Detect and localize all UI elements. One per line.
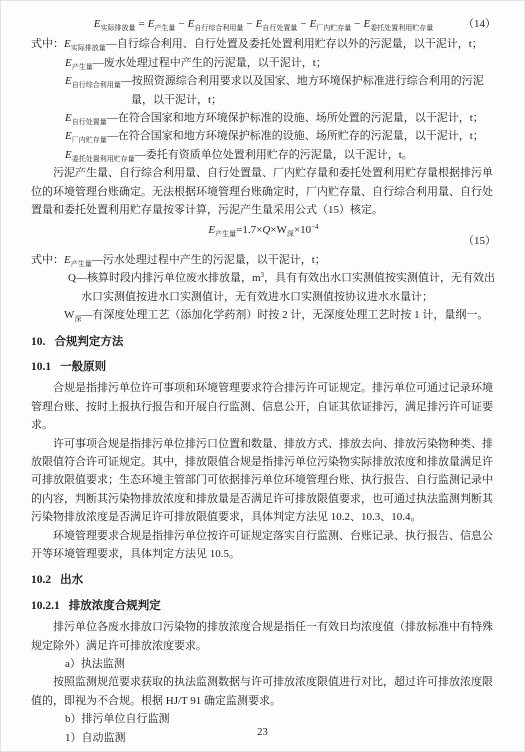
- equation-15-formula: E产生量=1.7×Q×W深×10−4: [208, 224, 318, 236]
- eq15-exponent: −4: [311, 223, 318, 231]
- heading-10-1: 10.1一般原则: [31, 358, 496, 376]
- where14-item4-desc: —在符合国家和地方环境保护标准的设施、场所贮存的污泥量，以干泥计，t；: [107, 130, 484, 142]
- heading-10-1-title: 一般原则: [60, 361, 106, 373]
- eq14-term-4-sub: 委托处置利用贮存量: [370, 24, 433, 32]
- eq14-op-0: =: [135, 18, 147, 30]
- where15-intro: 式中：E产生量—污水处理过程中产生的污泥量，以干泥计，t；: [31, 251, 496, 269]
- where14-item3: E自行处置量—在符合国家和地方环境保护标准的设施、场所处置的污泥量，以干泥计，t…: [65, 109, 496, 127]
- where14-item2-sub: 自行综合利用量: [72, 81, 121, 89]
- where14-item0-base: E: [64, 38, 71, 50]
- where14-item2-desc: —按照资源综合利用要求以及国家、地方环境保护标准进行综合利用的污泥量，以干泥计，…: [121, 75, 484, 105]
- where14-item3-desc: —在符合国家和地方环境保护标准的设施、场所处置的污泥量，以干泥计，t；: [107, 112, 484, 124]
- heading-10-2: 10.2出水: [31, 571, 496, 589]
- heading-10-2-1-number: 10.2.1: [31, 600, 60, 612]
- eq14-term-3-sub: 厂内贮存量: [316, 24, 351, 32]
- where14-item0-sub: 实际排放量: [71, 44, 106, 52]
- where15-w-desc: —有深度处理工艺（添加化学药剂）时按 2 计，无深度处理工艺时按 1 计，量纲一…: [81, 309, 488, 321]
- where15-e-sub: 产生量: [71, 260, 92, 268]
- eq15-body1: =1.7×: [236, 224, 262, 236]
- where14-item3-base: E: [65, 112, 72, 124]
- equation-14-number: （14）: [463, 15, 496, 33]
- list-item-a: a）执法监测: [65, 655, 496, 673]
- where14-item4-base: E: [65, 130, 72, 142]
- eq15-lhs-sub: 产生量: [215, 230, 236, 238]
- paragraph-concentration: 排污单位各废水排放口污染物的排放浓度合规是指任一有效日均浓度值（排放标准中有特殊…: [31, 618, 496, 655]
- where15-q-base: Q: [68, 272, 76, 284]
- eq15-body2: ×10: [294, 224, 311, 236]
- paragraph-enforcement: 按照监测规范要求获取的执法监测数据与许可排放浓度限值进行对比，超过许可排放浓度限…: [31, 673, 496, 710]
- paragraph-general-3: 环境管理要求合规是指排污单位按许可证规定落实自行监测、台账记录、执行报告、信息公…: [31, 527, 496, 564]
- eq14-op-2: −: [243, 18, 255, 30]
- where14-item5-sub: 委托处置利用贮存量: [72, 155, 135, 163]
- where15-item-q: Q—核算时段内排污单位废水排放量，m3，具有有效出水口实测值按实测值计，无有效出…: [68, 269, 496, 306]
- where14-item0-desc: —自行综合利用、自行处置及委托处置利用贮存以外的污泥量，以干泥计，t；: [106, 38, 483, 50]
- where15-item-w: W深—有深度处理工艺（添加化学药剂）时按 2 计，无深度处理工艺时按 1 计，量…: [64, 306, 496, 324]
- heading-10-title: 合规判定方法: [54, 336, 123, 348]
- where14-item4-sub: 厂内贮存量: [72, 136, 107, 144]
- where14-item5-base: E: [65, 149, 72, 161]
- equation-15: E产生量=1.7×Q×W深×10−4 （15）: [31, 221, 496, 239]
- document-page: E实际排放量=E产生量−E自行综合利用量−E自行处置量−E厂内贮存量−E委托处置…: [0, 0, 525, 752]
- eq14-op-1: −: [175, 18, 187, 30]
- where15-label: 式中：: [31, 254, 64, 266]
- eq14-term-2-sub: 自行处置量: [262, 24, 297, 32]
- where15-w-base: W: [64, 309, 74, 321]
- paragraph-general-1: 合规是指排污单位许可事项和环境管理要求符合排污许可证规定。排污单位可通过记录环境…: [31, 379, 496, 434]
- heading-10-2-title: 出水: [60, 574, 83, 586]
- heading-10-2-number: 10.2: [31, 574, 51, 586]
- where15-e-base: E: [64, 254, 71, 266]
- eq14-op-3: −: [297, 18, 309, 30]
- where15-e-desc: —污水处理过程中产生的污泥量，以干泥计，t；: [92, 254, 326, 266]
- where14-item5-desc: —委托有资质单位处置利用贮存的污泥量，以干泥计，t。: [135, 149, 413, 161]
- where15-q-desc1: —核算时段内排污单位废水排放量，m: [76, 272, 261, 284]
- where14-item1-base: E: [65, 57, 72, 69]
- eq14-term-0-sub: 产生量: [154, 24, 175, 32]
- where14-item5: E委托处置利用贮存量—委托有资质单位处置利用贮存的污泥量，以干泥计，t。: [65, 146, 496, 164]
- eq15-w-sub: 深: [287, 230, 294, 238]
- equation-15-number: （15）: [463, 232, 496, 250]
- paragraph-sludge-accounting: 污泥产生量、自行综合利用量、自行处置量、厂内贮存量和委托处置利用贮存量根据排污单…: [31, 164, 496, 219]
- eq14-lhs-sub: 实际排放量: [100, 24, 135, 32]
- equation-14: E实际排放量=E产生量−E自行综合利用量−E自行处置量−E厂内贮存量−E委托处置…: [31, 15, 496, 33]
- eq14-term-1-sub: 自行综合利用量: [194, 24, 243, 32]
- where14-item4: E厂内贮存量—在符合国家和地方环境保护标准的设施、场所贮存的污泥量，以干泥计，t…: [65, 127, 496, 145]
- where14-item1: E产生量—废水处理过程中产生的污泥量，以干泥计，t；: [65, 54, 496, 72]
- where14-item1-desc: —废水处理过程中产生的污泥量，以干泥计，t；: [93, 57, 327, 69]
- heading-10-2-1-title: 排放浓度合规判定: [69, 600, 161, 612]
- heading-10-1-number: 10.1: [31, 361, 51, 373]
- heading-10-2-1: 10.2.1排放浓度合规判定: [31, 597, 496, 615]
- where14-label: 式中：: [31, 38, 64, 50]
- where14-item1-sub: 产生量: [72, 63, 93, 71]
- heading-10: 10.合规判定方法: [31, 333, 496, 351]
- where14-item3-sub: 自行处置量: [72, 118, 107, 126]
- page-number: 23: [1, 724, 524, 742]
- paragraph-general-2: 许可事项合规是指排污单位排污口位置和数量、排放方式、排放去向、排放污染物种类、排…: [31, 435, 496, 527]
- equation-14-formula: E实际排放量=E产生量−E自行综合利用量−E自行处置量−E厂内贮存量−E委托处置…: [94, 18, 434, 30]
- where14-item2: E自行综合利用量—按照资源综合利用要求以及国家、地方环境保护标准进行综合利用的污…: [65, 72, 496, 109]
- eq14-op-4: −: [351, 18, 363, 30]
- where14-intro: 式中：E实际排放量—自行综合利用、自行处置及委托处置利用贮存以外的污泥量，以干泥…: [31, 35, 496, 53]
- eq15-w-var: W: [277, 224, 287, 236]
- heading-10-number: 10.: [31, 336, 45, 348]
- where14-item2-base: E: [65, 75, 72, 87]
